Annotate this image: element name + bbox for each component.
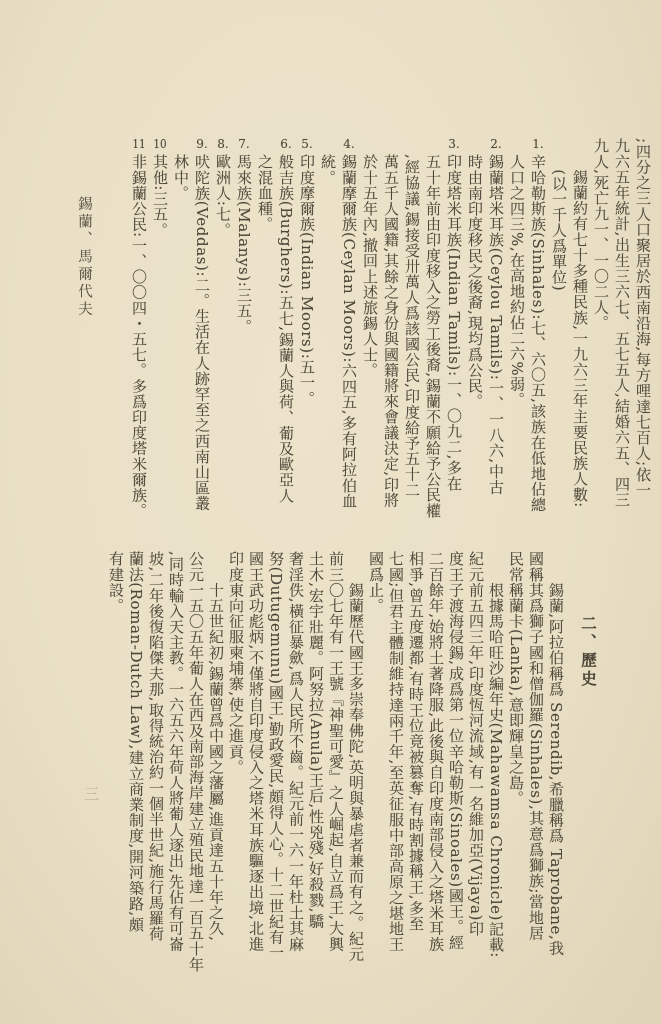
list-item-number: 8. bbox=[216, 138, 230, 150]
text-column: 10其他:三五。 bbox=[149, 138, 170, 536]
text-column: 十五世紀初,錫蘭曾爲中國之藩屬,進貢達五十年之久, bbox=[206, 551, 226, 1009]
text-column: 林中。 bbox=[170, 138, 191, 536]
text-column: 印度東向征服柬埔寨,使之進貢。 bbox=[226, 551, 246, 1009]
text-column: 九六五年統計,出生三六七、五七五人,結婚六五、四三 bbox=[611, 138, 632, 536]
text-column: 國爲止。 bbox=[366, 551, 386, 1009]
text-column: 4.錫蘭摩爾族(Ceylan Moors):六四五,多有阿拉伯血 bbox=[338, 138, 359, 536]
list-item-number: 3. bbox=[447, 138, 461, 150]
list-item-number: 10 bbox=[153, 138, 167, 150]
page-number: 三 bbox=[84, 783, 99, 804]
text-column: 人口之四三%,在高地約佔二六%弱。 bbox=[506, 138, 527, 536]
text-column: 努(Dutugemunu)國王,勤政愛民,頗得人心。十二世紀有一 bbox=[266, 551, 286, 1009]
text-column: 錫蘭,阿拉伯稱爲 Serendib,希臘稱爲 Taprobane,我 bbox=[546, 551, 566, 1009]
text-column: 公元一五〇五年葡人在西及南部海岸建立殖民地達一百五十年 bbox=[186, 551, 206, 1009]
text-column: ;四分之三人口聚居於西南沿海,每方哩達七百人;依一 bbox=[632, 138, 653, 536]
text-column: 九人,死亡九一、一〇二人。 bbox=[590, 138, 611, 536]
list-item-number: 4. bbox=[342, 138, 356, 150]
text-column: 5.印度摩爾族(Indian Moors):五一。 bbox=[296, 138, 317, 536]
text-column: (以一千人爲單位) bbox=[548, 138, 569, 536]
text-column: 民常稱蘭卡(Lanka),意即輝皇之島。 bbox=[506, 551, 526, 1009]
text-column: 時由南印度移民之後裔,現均爲公民。 bbox=[464, 138, 485, 536]
text-column: 國稱其爲獅子國和僧伽羅(Sinhales),其意爲獅族;當地居 bbox=[526, 551, 546, 1009]
text-column: 奢淫佚,橫征暴歛,爲人民所不齒。紀元前一六一年杜土其麻 bbox=[286, 551, 306, 1009]
list-item-number: 6. bbox=[279, 138, 293, 150]
list-item-number: 11 bbox=[132, 138, 146, 150]
text-column: 紀元前五四三年,印度恆河流域,有一名維加亞(Vijaya)印 bbox=[466, 551, 486, 1009]
text-column: 錫蘭約有七十多種民族,一九六三年主要民族人數: bbox=[569, 138, 590, 536]
list-item-number: 5. bbox=[300, 138, 314, 150]
text-column: 7.馬來族(Malanys):三五。 bbox=[233, 138, 254, 536]
text-column: 國王武功彪炳,不僅將自印度侵入之塔米耳族驅逐出境,北進 bbox=[246, 551, 266, 1009]
list-item-number: 7. bbox=[237, 138, 251, 150]
text-column: 有建設。 bbox=[106, 551, 126, 1009]
text-column: 8.歐洲人:七。 bbox=[212, 138, 233, 536]
text-column: 五十年前由印度移入之勞工後裔,錫蘭不願給予公民權 bbox=[422, 138, 443, 536]
text-column: 1.辛哈勒斯族(Sinhales):七、六〇五,該族在低地佔總 bbox=[527, 138, 548, 536]
text-column: 6.般吉族(Burghers):五七,錫蘭人與荷、葡及歐亞人 bbox=[275, 138, 296, 536]
text-column: 統。 bbox=[317, 138, 338, 536]
list-item-number: 9. bbox=[195, 138, 209, 150]
list-item-number: 2. bbox=[489, 138, 503, 150]
text-column: 3.印度塔米耳族(Indian Tamils):一、〇九二,多在 bbox=[443, 138, 464, 536]
text-column: ,同時輸入天主教。一六五六年荷人將葡人逐出,先佔有可崙 bbox=[166, 551, 186, 1009]
text-column: 度王子渡海侵錫,成爲第一位辛哈勒斯(Sinoales)國王。經 bbox=[446, 551, 466, 1009]
text-column: 錫蘭歷代國王多崇奉佛陀,英明與暴虐者兼而有之。紀元 bbox=[346, 551, 366, 1009]
scanned-document-page: ;四分之三人口聚居於西南沿海,每方哩達七百人;依一九六五年統計,出生三六七、五七… bbox=[0, 0, 661, 1024]
list-item-number: 1. bbox=[531, 138, 545, 150]
text-column: 於十五年內,撤回上述旅錫人士。 bbox=[359, 138, 380, 536]
text-column: 根據馬哈旺沙編年史(Mahawamsa Chronicle)記載: bbox=[486, 551, 506, 1009]
text-column: 相爭,曾五度遷都,有時王位竟被篡奪,有時割據稱王,多至 bbox=[406, 551, 426, 1009]
text-column: 前三〇七年有一王號『神聖可愛』之人崛起,自立爲王,大興 bbox=[326, 551, 346, 1009]
ethnic-statistics-block: ;四分之三人口聚居於西南沿海,每方哩達七百人;依一九六五年統計,出生三六七、五七… bbox=[128, 138, 653, 536]
margin-chapter-title: 錫蘭、馬爾代夫 bbox=[74, 196, 95, 319]
text-column: 二百餘年,始將土著降服,此後與自印度南部侵入之塔米耳族 bbox=[426, 551, 446, 1009]
text-column: 9.吠陀族(Veddas):二。生活在人跡罕至之西南山區叢 bbox=[191, 138, 212, 536]
text-column: 蘭法(Roman-Dutch Law),建立商業制度,開河築路,頗 bbox=[126, 551, 146, 1009]
text-column: 2.錫蘭塔米耳族(Ceylou Tamils):一、一八六,中古 bbox=[485, 138, 506, 536]
text-column: 萬五千人國籍,其餘之身份與國籍將來會議決定,印將 bbox=[380, 138, 401, 536]
text-column: 之混血種。 bbox=[254, 138, 275, 536]
text-column: 七國;但君主體制維持達兩千年,至英征服中部高原之堪地王 bbox=[386, 551, 406, 1009]
text-column: 11非錫蘭公民:一、〇〇四・五七。多爲印度塔米爾族。 bbox=[128, 138, 149, 536]
text-column: 坡,二年後復陷傑夫那,取得統治約一個半世紀,施行馬羅荷 bbox=[146, 551, 166, 1009]
text-column: ,經協議,錫接受卅萬人爲該國公民,印度給予五十二 bbox=[401, 138, 422, 536]
history-section-block: 二、歷史 錫蘭,阿拉伯稱爲 Serendib,希臘稱爲 Taprobane,我國… bbox=[106, 551, 598, 1009]
section-heading: 二、歷史 bbox=[578, 551, 598, 1009]
text-column: 土木,宏宇壯麗。阿努拉(Anula)王后,性兇殘,好殺戮,驕 bbox=[306, 551, 326, 1009]
